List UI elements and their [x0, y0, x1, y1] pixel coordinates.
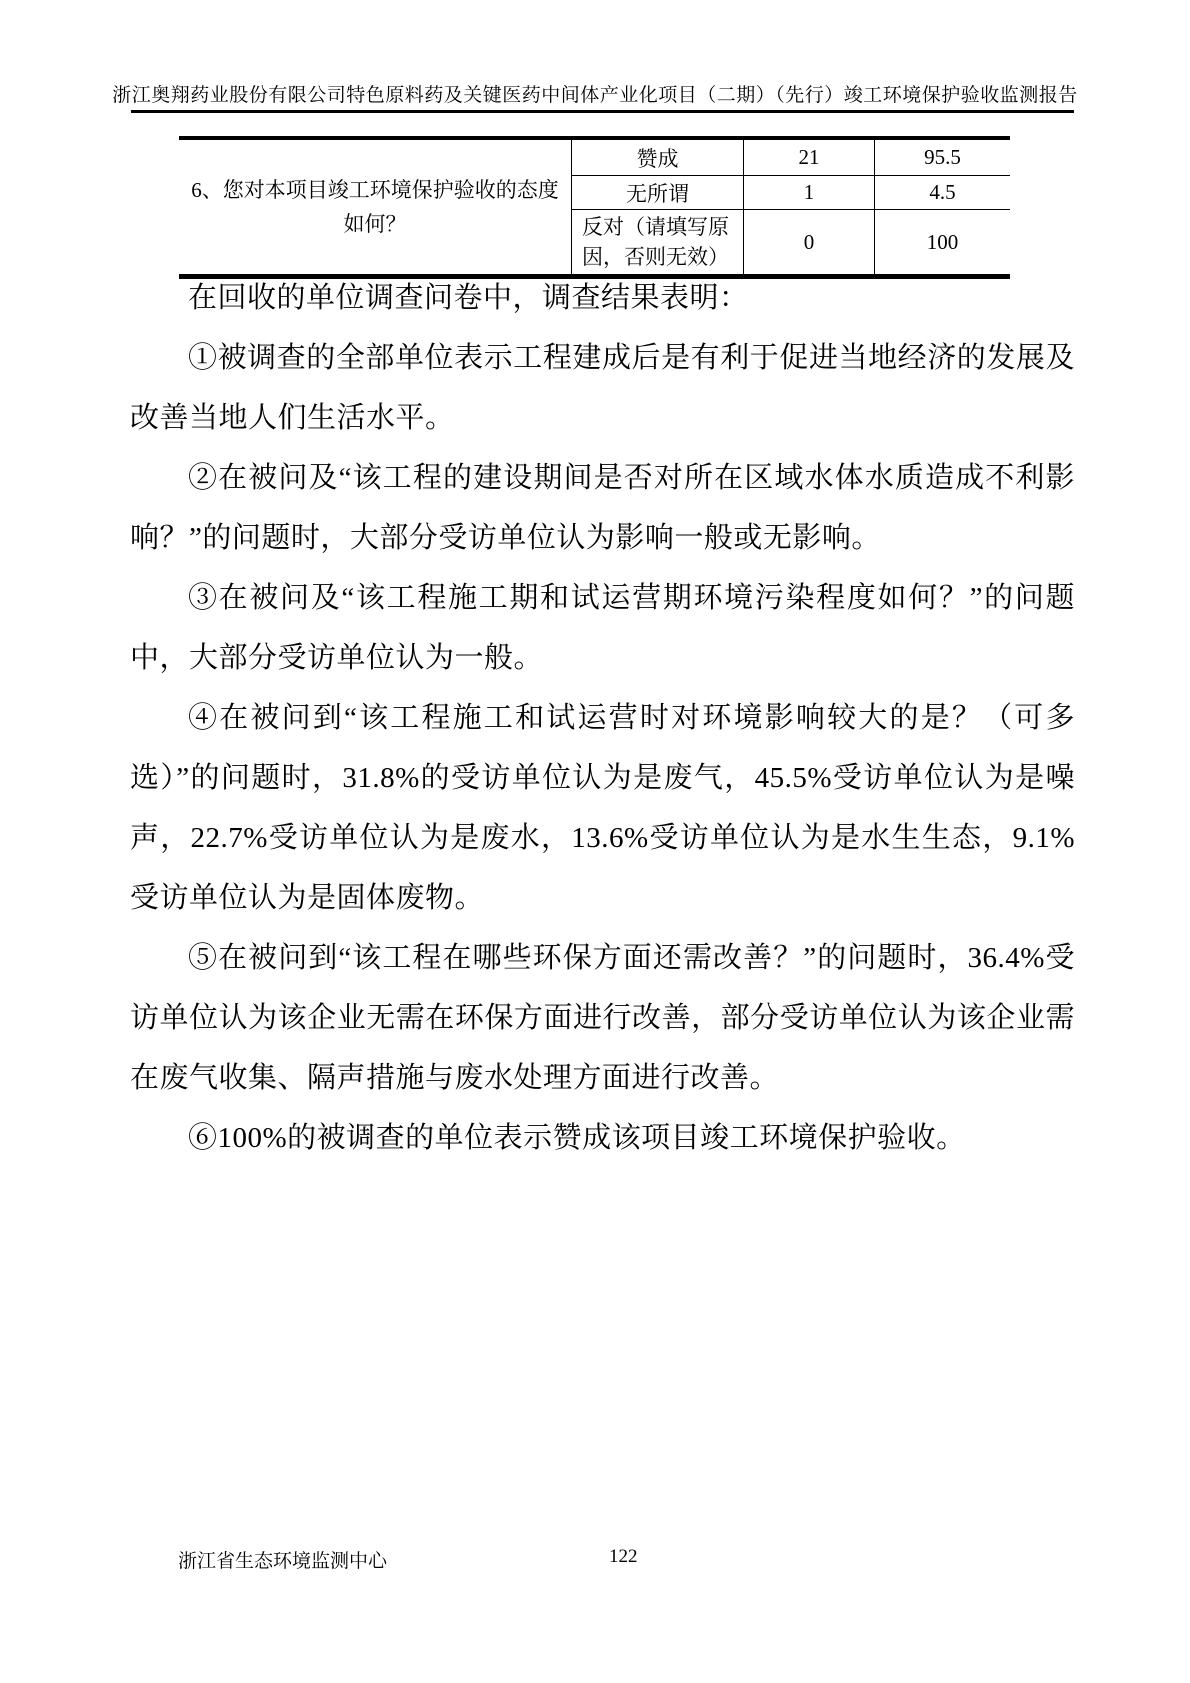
finding-item-3: ③在被问及“该工程施工期和试运营期环境污染程度如何？”的问题中，大部分受访单位认…	[130, 568, 1075, 688]
count-cell: 1	[743, 175, 874, 209]
finding-item-2: ②在被问及“该工程的建设期间是否对所在区域水体水质造成不利影响？”的问题时，大部…	[130, 448, 1075, 568]
option-cell: 无所谓	[571, 175, 743, 209]
header-rule	[131, 110, 1074, 113]
report-page: 浙江奥翔药业股份有限公司特色原料药及关键医药中间体产业化项目（二期）（先行）竣工…	[0, 0, 1190, 1683]
intro-paragraph: 在回收的单位调查问卷中，调查结果表明：	[130, 268, 1075, 328]
survey-question-cell: 6、您对本项目竣工环境保护验收的态度如何？	[179, 140, 571, 274]
option-cell: 反对（请填写原因，否则无效）	[571, 209, 743, 274]
footer-page-number: 122	[609, 1546, 638, 1568]
count-cell: 0	[743, 209, 874, 274]
body-text: 在回收的单位调查问卷中，调查结果表明： ①被调查的全部单位表示工程建成后是有利于…	[130, 268, 1075, 1168]
footer-organization: 浙江省生态环境监测中心	[178, 1546, 387, 1573]
percent-cell: 100	[874, 209, 1010, 274]
finding-item-1: ①被调查的全部单位表示工程建成后是有利于促进当地经济的发展及改善当地人们生活水平…	[130, 328, 1075, 448]
survey-table: 6、您对本项目竣工环境保护验收的态度如何？ 赞成 21 95.5 无所谓 1 4…	[179, 136, 1010, 279]
finding-item-6: ⑥100%的被调查的单位表示赞成该项目竣工环境保护验收。	[130, 1108, 1075, 1168]
page-header-title: 浙江奥翔药业股份有限公司特色原料药及关键医药中间体产业化项目（二期）（先行）竣工…	[0, 80, 1190, 107]
percent-cell: 95.5	[874, 140, 1010, 175]
option-cell: 赞成	[571, 140, 743, 175]
count-cell: 21	[743, 140, 874, 175]
finding-item-4: ④在被问到“该工程施工和试运营时对环境影响较大的是？（可多选）”的问题时，31.…	[130, 688, 1075, 928]
finding-item-5: ⑤在被问到“该工程在哪些环保方面还需改善？”的问题时，36.4%受访单位认为该企…	[130, 928, 1075, 1108]
percent-cell: 4.5	[874, 175, 1010, 209]
